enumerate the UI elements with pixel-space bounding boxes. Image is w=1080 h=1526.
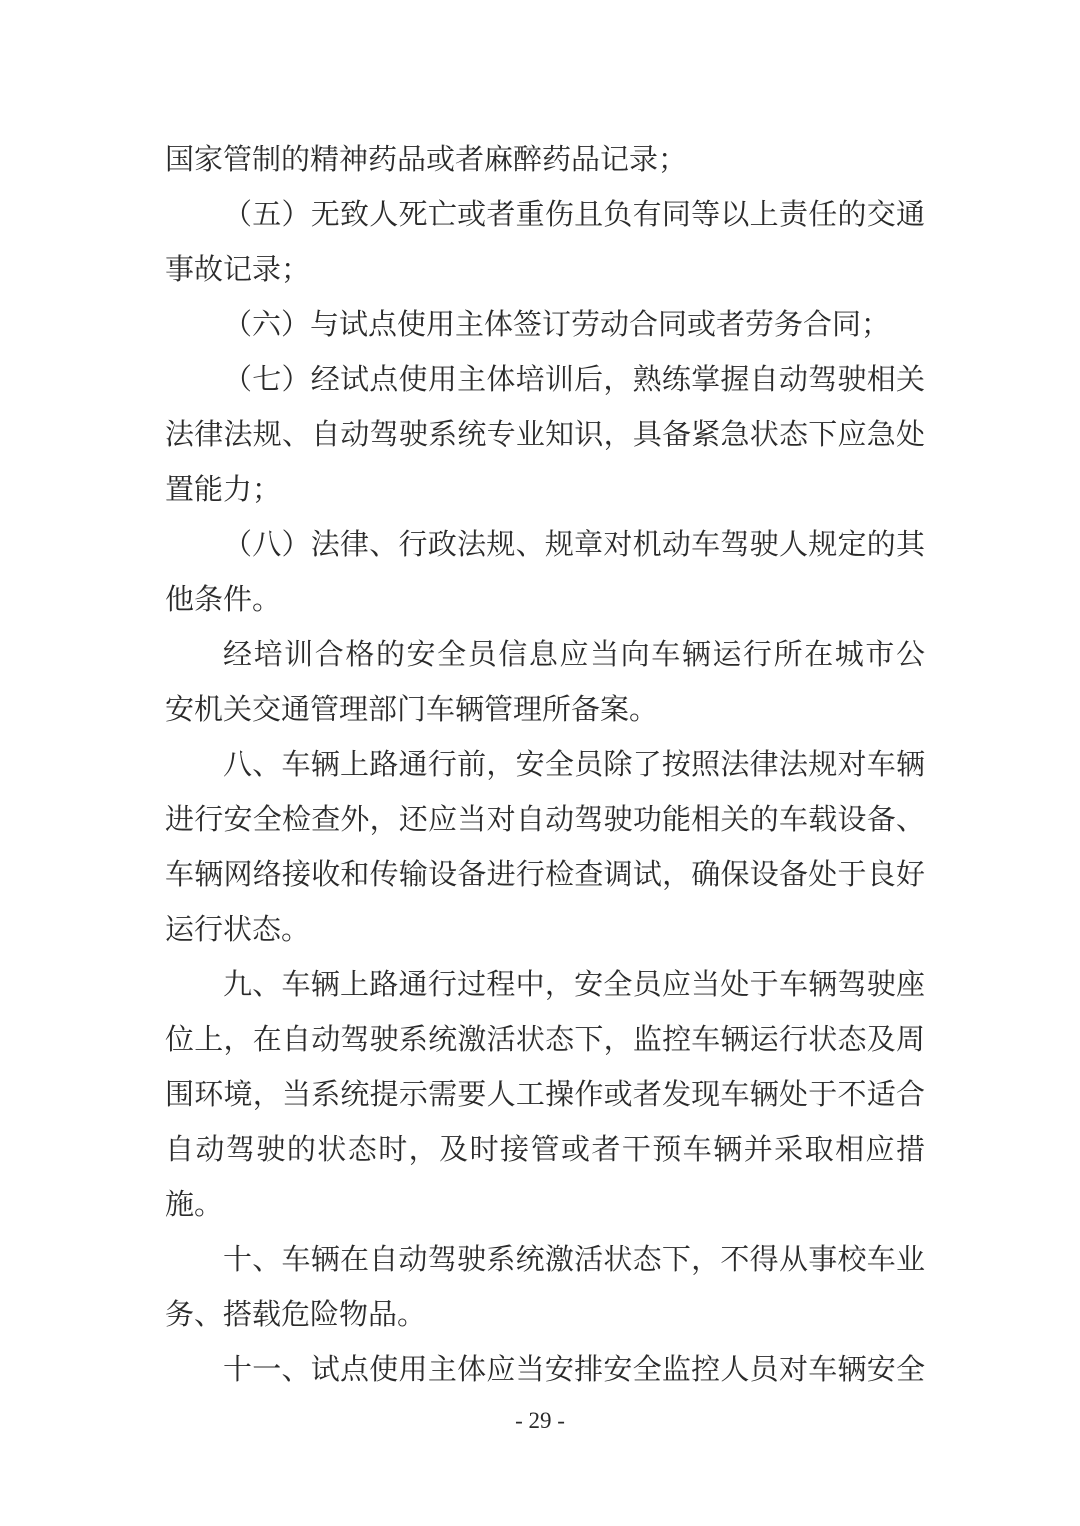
body-line: 他条件。 [165,573,925,628]
document-page: 国家管制的精神药品或者麻醉药品记录； （五）无致人死亡或者重伤且负有同等以上责任… [0,0,1080,1526]
page-number: - 29 - [515,1408,565,1433]
body-line: （七）经试点使用主体培训后，熟练掌握自动驾驶相关 [165,353,925,408]
body-line: 法律法规、自动驾驶系统专业知识，具备紧急状态下应急处 [165,408,925,463]
body-line: 车辆网络接收和传输设备进行检查调试，确保设备处于良好 [165,848,925,903]
body-line: 位上，在自动驾驶系统激活状态下，监控车辆运行状态及周 [165,1013,925,1068]
body-line: 务、搭载危险物品。 [165,1288,925,1343]
body-line: 经培训合格的安全员信息应当向车辆运行所在城市公 [165,628,925,683]
body-line: 八、车辆上路通行前，安全员除了按照法律法规对车辆 [165,738,925,793]
body-line: 国家管制的精神药品或者麻醉药品记录； [165,133,925,188]
body-line: 九、车辆上路通行过程中，安全员应当处于车辆驾驶座 [165,958,925,1013]
body-line: （六）与试点使用主体签订劳动合同或者劳务合同； [165,298,925,353]
body-line: 置能力； [165,463,925,518]
body-line: 自动驾驶的状态时，及时接管或者干预车辆并采取相应措 [165,1123,925,1178]
body-line: 安机关交通管理部门车辆管理所备案。 [165,683,925,738]
body-line: 事故记录； [165,243,925,298]
body-line: 围环境，当系统提示需要人工操作或者发现车辆处于不适合 [165,1068,925,1123]
document-body: 国家管制的精神药品或者麻醉药品记录； （五）无致人死亡或者重伤且负有同等以上责任… [165,133,925,1398]
body-line: （八）法律、行政法规、规章对机动车驾驶人规定的其 [165,518,925,573]
page-footer: - 29 - [0,1406,1080,1436]
body-line: （五）无致人死亡或者重伤且负有同等以上责任的交通 [165,188,925,243]
body-line: 十一、试点使用主体应当安排安全监控人员对车辆安全 [165,1343,925,1398]
body-line: 进行安全检查外，还应当对自动驾驶功能相关的车载设备、 [165,793,925,848]
body-line: 运行状态。 [165,903,925,958]
body-line: 十、车辆在自动驾驶系统激活状态下，不得从事校车业 [165,1233,925,1288]
body-line: 施。 [165,1178,925,1233]
